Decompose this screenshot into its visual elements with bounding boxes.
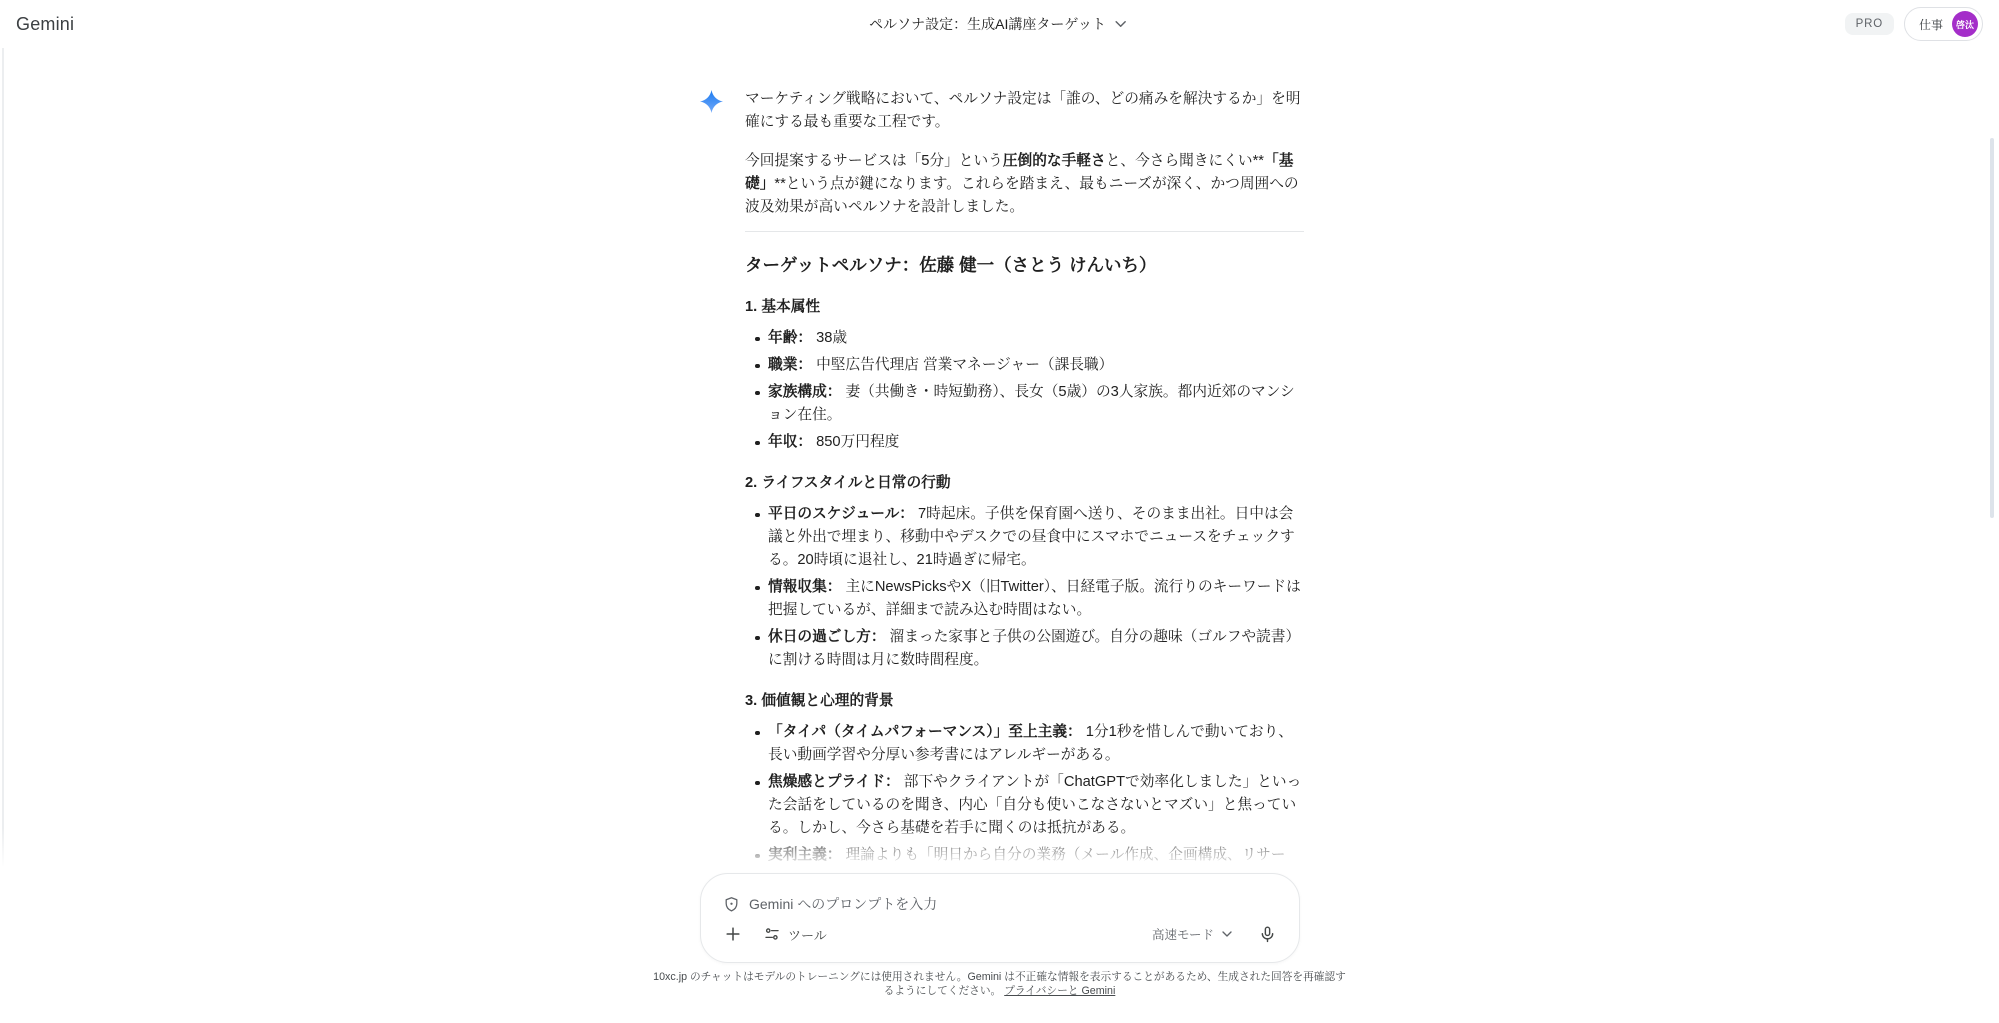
chat-title-dropdown[interactable]: ペルソナ設定：生成AI講座ターゲット xyxy=(869,0,1130,48)
list-item-label: 焦燥感とプライド： xyxy=(768,774,900,790)
section-heading-basic-attributes: 1. 基本属性 xyxy=(745,296,1304,319)
prompt-input-box[interactable]: Gemini へのプロンプトを入力 ツール 高速モード xyxy=(700,873,1300,963)
chat-title: ペルソナ設定：生成AI講座ターゲット xyxy=(869,14,1106,34)
tools-label: ツール xyxy=(788,925,827,944)
chevron-down-icon xyxy=(1219,926,1235,942)
prompt-placeholder-row: Gemini へのプロンプトを入力 xyxy=(723,894,937,914)
gemini-sparkle-icon xyxy=(700,90,723,113)
list-item-label: 休日の過ごし方： xyxy=(768,629,886,645)
list-item: 焦燥感とプライド：部下やクライアントが「ChatGPTで効率化しました」といった… xyxy=(768,771,1304,840)
list-item-text: 妻（共働き・時短勤務）、長女（5歳）の3人家族。都内近郊のマンション在住。 xyxy=(768,384,1295,423)
response-paragraph: マーケティング戦略において、ペルソナ設定は「誰の、どの痛みを解決するか」を明確に… xyxy=(745,88,1304,134)
list-item-label: 年齢： xyxy=(768,330,812,346)
privacy-link[interactable]: プライバシーと Gemini xyxy=(1004,985,1115,997)
list-item-label: 職業： xyxy=(768,357,812,373)
list-item-label: 家族構成： xyxy=(768,384,841,400)
gemini-logo: Gemini xyxy=(16,14,74,35)
add-button[interactable] xyxy=(717,918,749,950)
list-item-label: 実利主義： xyxy=(768,847,841,863)
mode-selector[interactable]: 高速モード xyxy=(1152,925,1235,943)
persona-list-basic-attributes: 年齢：38歳 職業：中堅広告代理店 営業マネージャー（課長職） 家族構成：妻（共… xyxy=(745,327,1304,454)
workspace-label: 仕事 xyxy=(1919,16,1943,33)
persona-list-values: 「タイパ（タイムパフォーマンス）」至上主義：1分1秒を惜しんで動いており、長い動… xyxy=(745,721,1304,890)
tune-icon xyxy=(763,925,781,943)
list-item-label: 情報収集： xyxy=(768,579,841,595)
list-item-label: 年収： xyxy=(768,434,812,450)
list-item-text: 850万円程度 xyxy=(816,434,899,450)
scrollbar[interactable] xyxy=(1990,138,1994,518)
mode-label: 高速モード xyxy=(1152,925,1214,943)
list-item-text: 主にNewsPicksやX（旧Twitter）、日経電子版。流行りのキーワードは… xyxy=(768,579,1301,618)
mic-icon xyxy=(1258,925,1277,944)
list-item: 年収：850万円程度 xyxy=(768,431,1304,454)
conversation: マーケティング戦略において、ペルソナ設定は「誰の、どの痛みを解決するか」を明確に… xyxy=(700,88,1306,894)
avatar[interactable]: 啓汰 xyxy=(1952,11,1978,37)
list-item-text: 中堅広告代理店 営業マネージャー（課長職） xyxy=(816,357,1113,373)
section-heading-values: 3. 価値観と心理的背景 xyxy=(745,690,1304,713)
section-divider xyxy=(745,231,1304,232)
prompt-input[interactable]: Gemini へのプロンプトを入力 xyxy=(749,894,937,914)
pro-badge: PRO xyxy=(1845,13,1894,35)
input-controls: ツール 高速モード xyxy=(717,918,1283,950)
section-heading-lifestyle: 2. ライフスタイルと日常の行動 xyxy=(745,472,1304,495)
header-right: PRO 仕事 啓汰 xyxy=(1845,7,1983,41)
model-response: マーケティング戦略において、ペルソナ設定は「誰の、どの痛みを解決するか」を明確に… xyxy=(745,88,1304,890)
list-item: 家族構成：妻（共働き・時短勤務）、長女（5歳）の3人家族。都内近郊のマンション在… xyxy=(768,381,1304,427)
list-item-text: 38歳 xyxy=(816,330,847,346)
list-item: 年齢：38歳 xyxy=(768,327,1304,350)
persona-list-lifestyle: 平日のスケジュール：7時起床。子供を保育園へ送り、そのまま出社。日中は会議と外出… xyxy=(745,503,1304,672)
list-item: 平日のスケジュール：7時起床。子供を保育園へ送り、そのまま出社。日中は会議と外出… xyxy=(768,503,1304,572)
list-item: 職業：中堅広告代理店 営業マネージャー（課長職） xyxy=(768,354,1304,377)
workspace-account-pill[interactable]: 仕事 啓汰 xyxy=(1904,7,1983,41)
list-item: 休日の過ごし方：溜まった家事と子供の公園遊び。自分の趣味（ゴルフや読書）に割ける… xyxy=(768,626,1304,672)
privacy-shield-icon xyxy=(723,896,740,913)
list-item-label: 「タイパ（タイムパフォーマンス）」至上主義： xyxy=(768,724,1082,740)
persona-heading: ターゲットペルソナ：佐藤 健一（さとう けんいち） xyxy=(745,252,1304,278)
list-item: 「タイパ（タイムパフォーマンス）」至上主義：1分1秒を惜しんで動いており、長い動… xyxy=(768,721,1304,767)
mic-button[interactable] xyxy=(1251,918,1283,950)
app-header: Gemini ペルソナ設定：生成AI講座ターゲット PRO 仕事 啓汰 xyxy=(0,0,1999,48)
tools-button[interactable]: ツール xyxy=(763,925,827,944)
chevron-down-icon xyxy=(1112,15,1130,33)
list-item: 情報収集：主にNewsPicksやX（旧Twitter）、日経電子版。流行りのキ… xyxy=(768,576,1304,622)
disclaimer-text: 10xc.jp のチャットはモデルのトレーニングには使用されません。Gemini… xyxy=(653,971,1346,997)
response-paragraph: 今回提案するサービスは「5分」という圧倒的な手軽さと、今さら聞きにくい**「基礎… xyxy=(745,150,1304,219)
footer-disclaimer: 10xc.jp のチャットはモデルのトレーニングには使用されません。Gemini… xyxy=(0,971,1999,998)
plus-icon xyxy=(723,924,743,944)
list-item-label: 平日のスケジュール： xyxy=(768,506,914,522)
